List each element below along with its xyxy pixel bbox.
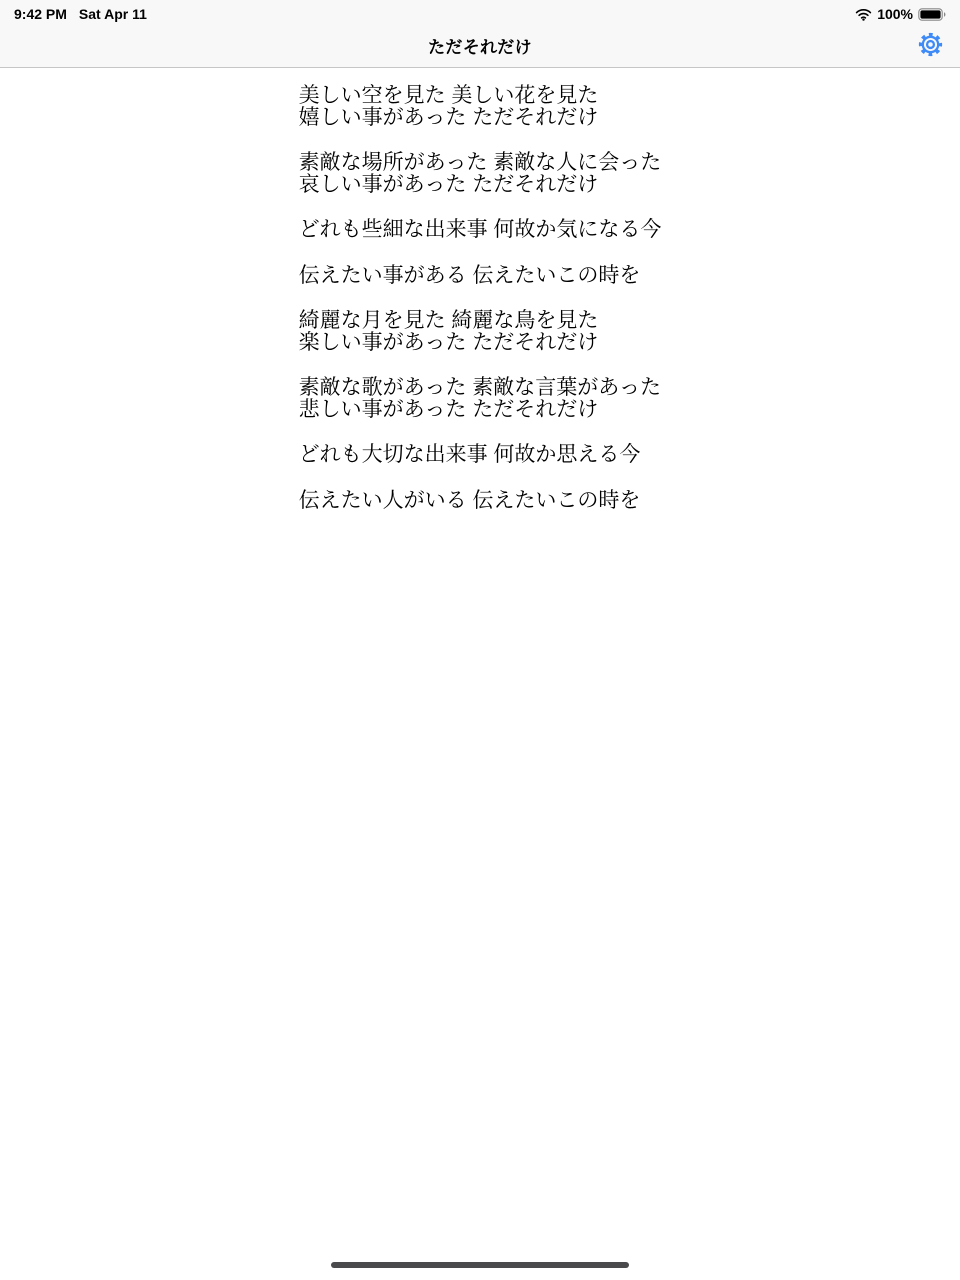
lyric-line: 伝えたい事がある 伝えたいこの時を	[299, 265, 662, 287]
status-left: 9:42 PM Sat Apr 11	[14, 2, 147, 22]
page-title: ただそれだけ	[428, 33, 532, 58]
lyric-stanza: 素敵な場所があった 素敵な人に会った哀しい事があった ただそれだけ	[299, 152, 662, 195]
lyric-stanza: 伝えたい人がいる 伝えたいこの時を	[299, 490, 662, 512]
lyric-line: 悲しい事があった ただそれだけ	[299, 399, 662, 421]
lyric-line: 伝えたい人がいる 伝えたいこの時を	[299, 490, 662, 512]
home-indicator[interactable]	[331, 1262, 629, 1268]
lyric-line: 美しい空を見た 美しい花を見た	[299, 85, 662, 107]
navigation-header: 9:42 PM Sat Apr 11 100%	[0, 0, 960, 68]
lyric-line: 哀しい事があった ただそれだけ	[299, 174, 662, 196]
lyric-line: 素敵な場所があった 素敵な人に会った	[299, 152, 662, 174]
battery-percent-label: 100%	[877, 6, 913, 22]
lyric-line: 嬉しい事があった ただそれだけ	[299, 107, 662, 129]
lyric-line: 楽しい事があった ただそれだけ	[299, 332, 662, 354]
lyric-line: 綺麗な月を見た 綺麗な鳥を見た	[299, 310, 662, 332]
lyric-stanza: 伝えたい事がある 伝えたいこの時を	[299, 265, 662, 287]
status-time: 9:42 PM	[14, 6, 67, 22]
lyric-line: どれも大切な出来事 何故か思える今	[299, 444, 662, 466]
gear-icon	[917, 31, 944, 61]
lyric-stanza: どれも大切な出来事 何故か思える今	[299, 444, 662, 466]
status-bar: 9:42 PM Sat Apr 11 100%	[0, 0, 960, 24]
lyric-line: 素敵な歌があった 素敵な言葉があった	[299, 377, 662, 399]
lyric-stanza: 素敵な歌があった 素敵な言葉があった悲しい事があった ただそれだけ	[299, 377, 662, 420]
nav-bar: ただそれだけ	[0, 24, 960, 67]
lyric-stanza: 綺麗な月を見た 綺麗な鳥を見た楽しい事があった ただそれだけ	[299, 310, 662, 353]
status-date: Sat Apr 11	[79, 6, 147, 22]
status-right: 100%	[855, 2, 946, 22]
settings-button[interactable]	[914, 30, 946, 62]
lyrics-scroll-view[interactable]: 美しい空を見た 美しい花を見た嬉しい事があった ただそれだけ素敵な場所があった …	[0, 68, 960, 1248]
wifi-icon	[855, 8, 872, 21]
battery-icon	[918, 8, 946, 21]
lyric-stanza: どれも些細な出来事 何故か気になる今	[299, 219, 662, 241]
lyric-line: どれも些細な出来事 何故か気になる今	[299, 219, 662, 241]
lyrics-text: 美しい空を見た 美しい花を見た嬉しい事があった ただそれだけ素敵な場所があった …	[299, 85, 662, 511]
lyric-stanza: 美しい空を見た 美しい花を見た嬉しい事があった ただそれだけ	[299, 85, 662, 128]
